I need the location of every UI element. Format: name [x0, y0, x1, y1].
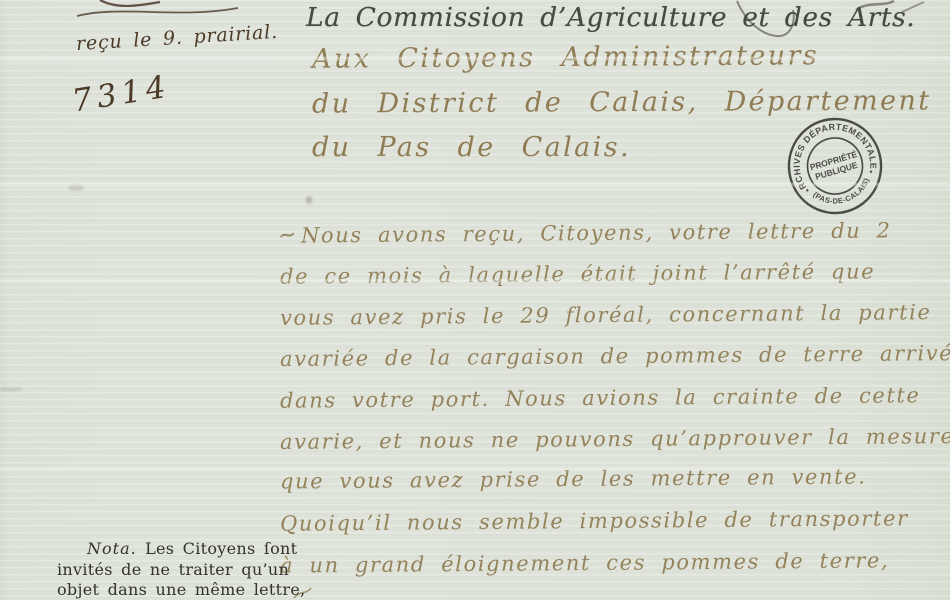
underline-flourish: [77, 8, 238, 16]
body-line: à un grand éloignement ces pommes de ter…: [280, 548, 889, 577]
nota-text: Les Citoyens ſont: [145, 539, 297, 558]
body-line: que vous avez prise de les mettre en ven…: [280, 464, 867, 493]
body-line: avariée de la cargaison de pommes de ter…: [280, 341, 950, 371]
body-line: Quoiqu’il nous semble impossible de tran…: [280, 506, 909, 535]
nota-line: Nota. Les Citoyens ſont: [57, 539, 313, 560]
body-line: vous avez pris le 29 floréal, concernant…: [280, 300, 932, 330]
archive-stamp: ARCHIVES DÉPARTEMENTALES (PAS-DE-CALAIS)…: [786, 116, 884, 216]
stamp-separator-dot: [806, 189, 809, 192]
nota-line: objet dans une même lettre,: [57, 580, 313, 600]
scribal-flourish: ∼: [276, 222, 298, 249]
body-line: de ce mois à laquelle était joint l’arrê…: [280, 259, 875, 288]
body-line: dans votre port. Nous avions la crainte …: [280, 383, 921, 413]
paper-smudge: [68, 184, 84, 191]
nota-line: invités de ne traiter qu’un: [57, 560, 313, 581]
paper-smudge: [306, 196, 312, 204]
cutoff-stroke-top-left: [100, 0, 160, 6]
address-line: Aux Citoyens Administrateurs: [312, 40, 819, 75]
stamp-separator-dot: [870, 170, 873, 173]
paper-smudge: [0, 388, 22, 391]
printed-letterhead-title: La Commission d’Agriculture et des Arts.: [306, 2, 915, 33]
body-line: avarie, et nous ne pouvons qu’approuver …: [280, 424, 950, 454]
nota-block: Nota. Les Citoyens ſont invités de ne tr…: [57, 539, 313, 600]
address-line: du Pas de Calais.: [312, 132, 631, 163]
nota-label: Nota.: [87, 539, 137, 558]
address-line: du District de Calais, Département: [312, 85, 932, 119]
body-line: Nous avons reçu, Citoyens, votre lettre …: [301, 218, 892, 247]
letter-page: La Commission d’Agriculture et des Arts.…: [0, 0, 950, 600]
registry-number: 7314: [70, 68, 173, 119]
received-date-note: reçu le 9. prairial.: [76, 21, 279, 55]
